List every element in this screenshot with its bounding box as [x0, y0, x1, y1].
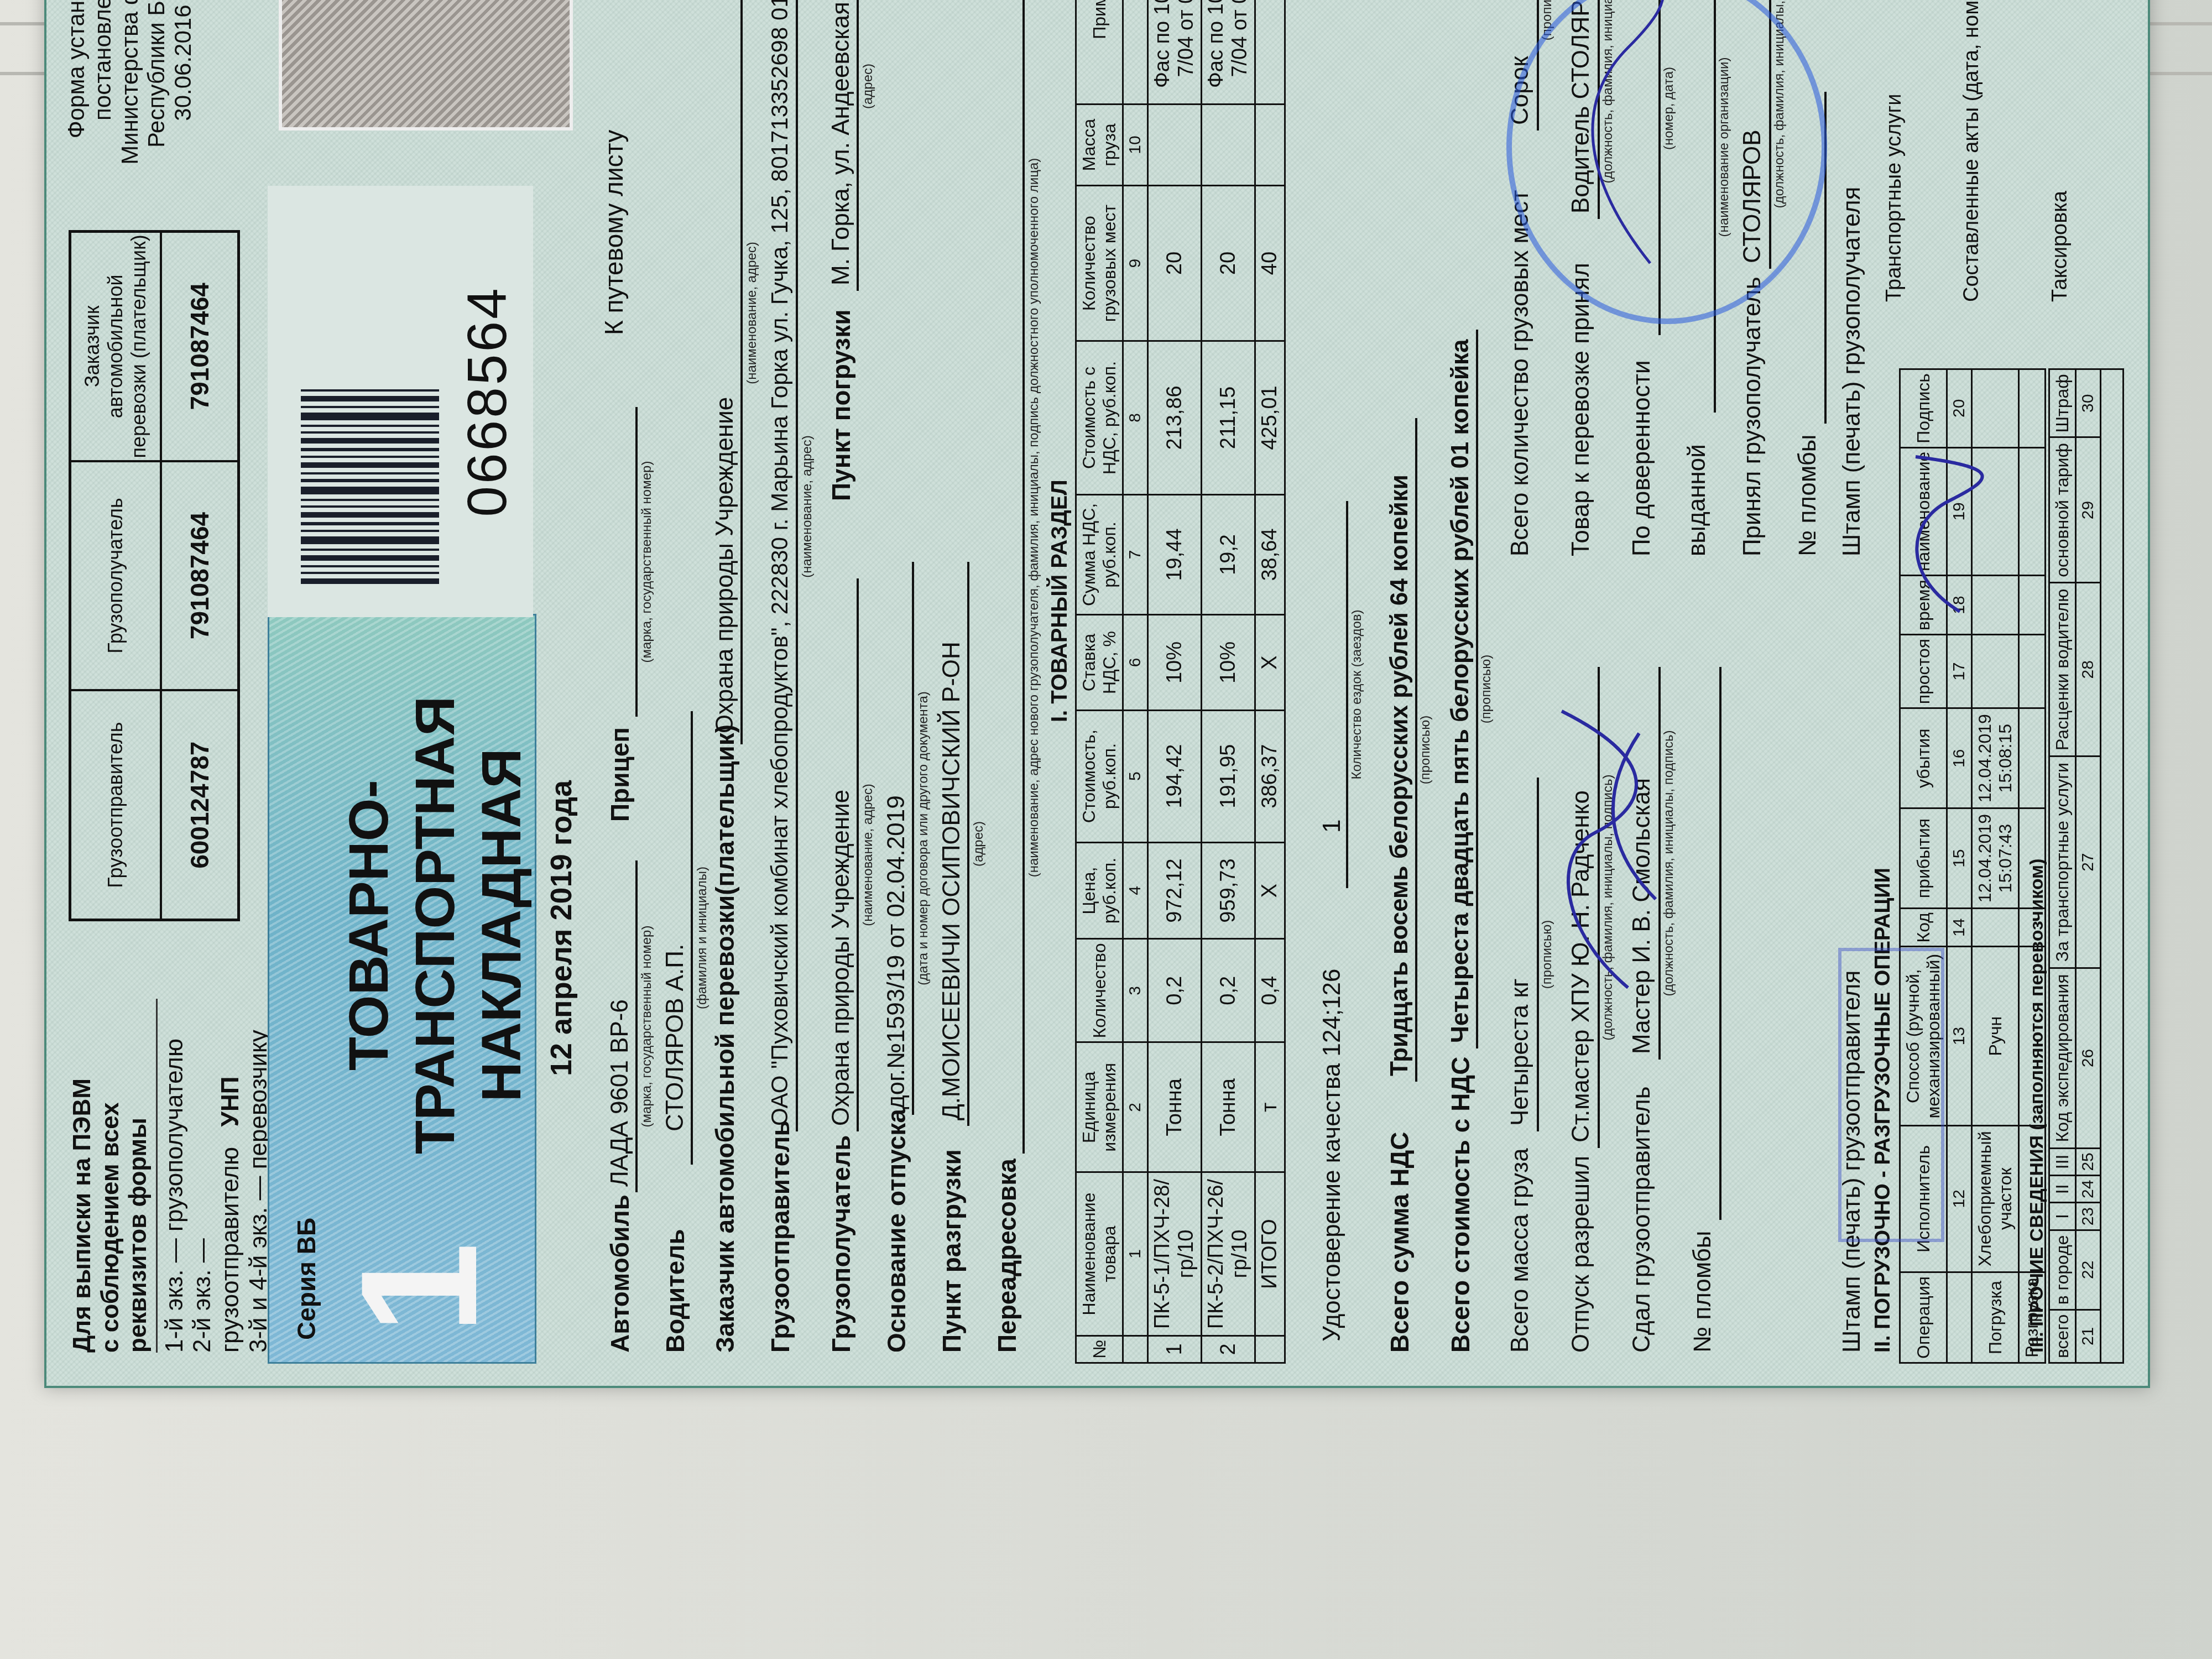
column-number: 29: [2076, 437, 2101, 583]
consignee-label: Грузополучатель: [826, 1135, 856, 1353]
table-cell: 38,64: [1255, 494, 1285, 615]
table-cell: [2019, 708, 2046, 808]
table-cell: 211,15: [1202, 341, 1255, 494]
received-by-consignee-label: Принял грузополучатель: [1739, 276, 1766, 556]
table-cell: 19,44: [1148, 494, 1202, 615]
transport-services-label: Транспортные услуги: [1882, 93, 1906, 302]
pzvm-note: Для выписки на ПЭВМ с соблюдением всех р…: [69, 966, 273, 1353]
table-cell: Фас по 10 кг, прейск. 7/04 от 09.04.2019: [1148, 0, 1202, 105]
trip-sheet-label: К путевому листу: [599, 130, 629, 335]
copy-1-note: 1-й экз. — грузополучателю: [161, 966, 189, 1353]
taxing-label: Таксировка: [2048, 191, 2072, 302]
column-header: в городе: [2049, 1230, 2076, 1310]
table-row: 2ПК-5-2/ПХЧ-26/гр/10Тонна0,2959,73191,95…: [1202, 0, 1255, 1363]
table-cell: [2019, 634, 2046, 708]
readdress-label: Переадресовка: [992, 1159, 1022, 1353]
cargo-mass-value: Четыреста кг: [1506, 978, 1534, 1126]
column-number: 24: [2076, 1176, 2101, 1203]
table-cell: 0,2: [1148, 939, 1202, 1042]
table-cell: 191,95: [1202, 710, 1255, 842]
column-number: 28: [2076, 583, 2101, 757]
basis-label: Основание отпуска: [881, 1109, 911, 1353]
column-header: Единица измерения: [1076, 1042, 1123, 1172]
column-number: 23: [2076, 1203, 2101, 1230]
consignment-note-form: Для выписки на ПЭВМ с соблюдением всех р…: [44, 0, 2150, 1388]
table-cell: 386,37: [1255, 710, 1285, 842]
column-header: простоя: [1900, 634, 1947, 708]
column-number: 20: [1947, 369, 1972, 448]
quality-certificate: Удостоверение качества 124;126: [1318, 968, 1347, 1342]
cargo-mass-label: Всего масса груза: [1506, 1148, 1534, 1353]
column-number: 9: [1123, 185, 1148, 341]
other-info-title: III. ПРОЧИЕ СВЕДЕНИЯ (заполняются перево…: [2026, 858, 2048, 1353]
total-row: ИТОГОт0,4Х386,37Х38,64425,0140: [1255, 0, 1285, 1363]
column-header: Масса груза: [1076, 105, 1123, 186]
rect-stamp-icon: [1838, 948, 1944, 1242]
power-of-attorney-label: По доверенности: [1628, 360, 1656, 556]
table-cell: 12.04.2019 15:08:15: [1972, 708, 2019, 808]
table-cell: Тонна: [1148, 1042, 1202, 1172]
table-cell: Х: [1255, 842, 1285, 939]
column-header: Код экспедирования: [2049, 968, 2076, 1149]
table-cell: [1255, 1335, 1285, 1363]
unp-label: УНП: [217, 1077, 244, 1127]
title-banner: Серия ВБ 1 ТОВАРНО-ТРАНСПОРТНАЯ НАКЛАДНА…: [268, 614, 536, 1364]
pzvm-title: Для выписки на ПЭВМ: [69, 966, 97, 1353]
table-cell: [1255, 105, 1285, 186]
table-cell: [1972, 634, 2019, 708]
loading-point-value: М. Горка, ул. Андеевская, 12: [827, 0, 855, 285]
form-established-note: Форма установлена постановлением Министе…: [63, 0, 196, 197]
table-cell: 40: [1255, 185, 1285, 341]
copy-2-note: 2-й экз. — грузоотправителю: [189, 1147, 244, 1353]
column-number: 8: [1123, 341, 1148, 494]
column-header: Код: [1900, 909, 1947, 947]
column-number: 27: [2076, 757, 2101, 968]
barcode-icon: [301, 219, 439, 584]
column-header: Стоимость с НДС, руб.коп.: [1076, 341, 1123, 494]
signature-icon: [1528, 667, 1694, 999]
table-cell: 20: [1148, 185, 1202, 341]
shipper-label: Грузоотправитель: [765, 1120, 795, 1353]
column-number: 16: [1947, 708, 1972, 808]
table-cell: 1: [1148, 1335, 1202, 1363]
column-header: III: [2049, 1148, 2076, 1175]
column-header: всего: [2049, 1310, 2076, 1363]
payer-value: Охрана природы Учреждение: [711, 397, 739, 733]
column-header: Наименование товара: [1076, 1172, 1123, 1335]
table-cell: Ручн: [1972, 947, 2019, 1125]
vat-total-value: Тридцать восемь белорусских рублей 64 ко…: [1386, 474, 1413, 1076]
payer-code-cell: Заказчик автомобильной перевозки (плател…: [71, 233, 237, 460]
vehicle-value: ЛАДА 9601 ВР-6: [606, 999, 634, 1187]
column-number: 1: [1123, 1172, 1148, 1335]
unloading-point-value: Д.МОИСЕЕВИЧИ ОСИПОВИЧСКИЙ Р-ОН: [938, 641, 966, 1120]
column-number: 13: [1947, 947, 1972, 1125]
table-cell: 10%: [1202, 615, 1255, 710]
column-header: прибытия: [1900, 808, 1947, 909]
column-header: убытия: [1900, 708, 1947, 808]
column-header: Операция: [1900, 1272, 1947, 1363]
consignee-stamp-label: Штамп (печать) грузополучателя: [1838, 187, 1866, 556]
issued-by-label: выданной: [1683, 444, 1711, 556]
column-header: II: [2049, 1176, 2076, 1203]
table-cell: [2019, 447, 2046, 575]
column-header: Цена, руб.коп.: [1076, 842, 1123, 939]
table-cell: 213,86: [1148, 341, 1202, 494]
column-number: 25: [2076, 1148, 2101, 1175]
table-cell: 972,12: [1148, 842, 1202, 939]
basis-value: дог.№1593/19 от 02.04.2019: [883, 795, 910, 1109]
column-header: №: [1076, 1335, 1123, 1363]
table-row: 1ПК-5-1/ПХЧ-28/гр/10Тонна0,2972,12194,42…: [1148, 0, 1202, 1363]
table-cell: 12.04.2019 15:07:43: [1972, 808, 2019, 909]
column-number: 7: [1123, 494, 1148, 615]
column-number: 30: [2076, 369, 2101, 438]
column-number: 12: [1947, 1125, 1972, 1272]
copy-number: 1: [336, 1242, 502, 1334]
column-number: 2: [1123, 1042, 1148, 1172]
shipper-code-cell: Грузоотправитель 600124787: [71, 689, 237, 919]
column-header: За транспортные услуги: [2049, 757, 2076, 968]
series-label: Серия ВБ: [291, 1218, 321, 1340]
column-header: основной тариф: [2049, 437, 2076, 583]
document-title: ТОВАРНО-ТРАНСПОРТНАЯ НАКЛАДНАЯ: [336, 632, 535, 1218]
column-header: Ставка НДС, %: [1076, 615, 1123, 710]
table-cell: 425,01: [1255, 341, 1285, 494]
column-number: [1947, 1272, 1972, 1363]
table-cell: 10%: [1148, 615, 1202, 710]
column-header: Стоимость, руб.коп.: [1076, 710, 1123, 842]
consignee-code-cell: Грузополучатель 791087464: [71, 460, 237, 690]
seal-number-label: № пломбы: [1689, 1231, 1717, 1353]
other-info-table: всегов городеIIIIIIКод экспедированияЗа …: [2048, 368, 2124, 1364]
accepted-for-transport-label: Товар к перевозке принял: [1567, 263, 1595, 556]
column-header: Расценки водителю: [2049, 583, 2076, 757]
column-number: 17: [1947, 634, 1972, 708]
table-cell: [2019, 576, 2046, 635]
driver-value: СТОЛЯРОВ А.П.: [661, 944, 689, 1131]
signature-icon: [1540, 0, 1705, 280]
column-number: 26: [2076, 968, 2101, 1149]
loading-point-label: Пункт погрузки: [826, 310, 856, 501]
handed-over-label: Сдал грузоотправитель: [1628, 1086, 1656, 1353]
table-cell: [1972, 369, 2019, 448]
table-cell: [2019, 369, 2046, 448]
column-header: I: [2049, 1203, 2076, 1230]
column-number: 10: [1123, 105, 1148, 186]
vat-total-label: Всего сумма НДС: [1385, 1132, 1415, 1353]
table-cell: 959,73: [1202, 842, 1255, 939]
column-number: 6: [1123, 615, 1148, 710]
unloading-point-label: Пункт разгрузки: [937, 1149, 967, 1353]
column-header: Количество грузовых мест: [1076, 185, 1123, 341]
table-cell: Погрузка: [1972, 1272, 2019, 1363]
table-cell: [1202, 105, 1255, 186]
column-header: Сумма НДС, руб.коп.: [1076, 494, 1123, 615]
table-cell: Фас по 10 кг, прейск. 7/04 от 09.04.2019: [1202, 0, 1255, 105]
column-number: 21: [2076, 1310, 2101, 1363]
column-number: 22: [2076, 1230, 2101, 1310]
table-cell: 194,42: [1148, 710, 1202, 842]
consignee-seal-label: № пломбы: [1794, 435, 1822, 556]
table-cell: [1972, 909, 2019, 947]
column-header: Подпись: [1900, 369, 1947, 448]
places-total-label: Всего количество грузовых мест: [1506, 190, 1534, 557]
table-cell: 2: [1202, 1335, 1255, 1363]
total-with-vat-label: Всего стоимость с НДС: [1446, 1057, 1475, 1353]
table-cell: Хлебоприемный участок: [1972, 1125, 2019, 1272]
table-cell: Х: [1255, 615, 1285, 710]
release-allowed-label: Отпуск разрешил: [1567, 1156, 1595, 1353]
table-cell: 19,2: [1202, 494, 1255, 615]
table-cell: 20: [1202, 185, 1255, 341]
table-cell: 0,4: [1255, 939, 1285, 1042]
table-cell: ПК-5-2/ПХЧ-26/гр/10: [1202, 1172, 1255, 1335]
column-number: 5: [1123, 710, 1148, 842]
signature-icon: [1893, 446, 2015, 623]
table-cell: ИТОГО: [1255, 1172, 1285, 1335]
table-cell: Тонна: [1202, 1042, 1255, 1172]
goods-section-title: I. ТОВАРНЫЙ РАЗДЕЛ: [1047, 479, 1072, 722]
column-number: 14: [1947, 909, 1972, 947]
document-number: 0668564: [456, 186, 519, 617]
table-cell: [1255, 0, 1285, 105]
hologram-icon: [279, 0, 573, 131]
vehicle-label: Автомобиль: [605, 1194, 635, 1353]
table-cell: т: [1255, 1042, 1285, 1172]
unp-codes-table: Грузоотправитель 600124787 Грузополучате…: [69, 230, 240, 921]
table-cell: [1148, 105, 1202, 186]
column-number: 3: [1123, 939, 1148, 1042]
consignee-value: Охрана природы Учреждение: [827, 790, 855, 1126]
trips-value: 1: [1318, 820, 1347, 833]
pzvm-subtitle: с соблюдением всех реквизитов формы: [97, 966, 153, 1353]
column-number: [1123, 1335, 1148, 1363]
driver-label: Водитель: [660, 1229, 690, 1353]
total-with-vat-value: Четыреста двадцать пять белорусских рубл…: [1447, 340, 1474, 1043]
column-header: Примечание: [1076, 0, 1123, 105]
goods-table: №Наименование товараЕдиница измеренияКол…: [1075, 0, 1286, 1364]
shipper-value: ОАО "Пуховичский комбинат хлебопродуктов…: [766, 0, 793, 1126]
column-header: Количество: [1076, 939, 1123, 1042]
column-number: 11: [1123, 0, 1148, 105]
table-cell: ПК-5-1/ПХЧ-28/гр/10: [1148, 1172, 1202, 1335]
acts-label: Составленные акты (дата, номер): [1960, 0, 1984, 302]
payer-label: Заказчик автомобильной перевозки(платель…: [710, 724, 740, 1353]
trailer-label: Прицеп: [605, 727, 635, 822]
barcode-area: 0668564: [268, 186, 533, 617]
column-header: Штраф: [2049, 369, 2076, 438]
table-cell: 0,2: [1202, 939, 1255, 1042]
document-date: 12 апреля 2019 года: [544, 780, 578, 1076]
column-number: 15: [1947, 808, 1972, 909]
column-number: 4: [1123, 842, 1148, 939]
